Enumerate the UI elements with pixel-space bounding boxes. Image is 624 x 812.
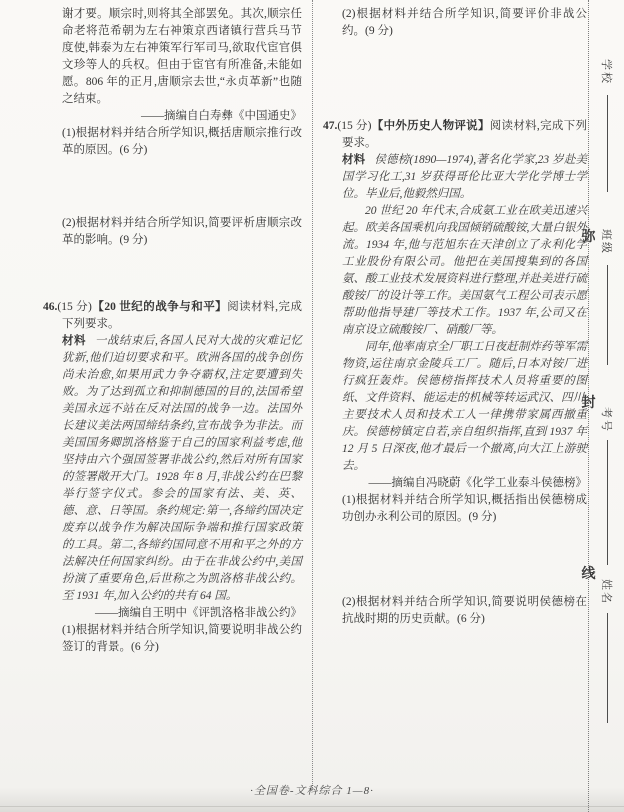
q45-material-continuation: 谢才要。顺宗时,则将其全部罢免。其次,顺宗任命老将范希朝为左右神策京西诸镇行营兵…	[62, 6, 302, 108]
school-fill-line	[607, 95, 608, 192]
q45-source-citation: ——摘编自白寿彝《中国通史》	[62, 108, 302, 125]
q45-subquestion-1: (1)根据材料并结合所学知识,概括唐顺宗推行改革的原因。(6 分)	[62, 125, 302, 159]
class-fill-line	[607, 265, 608, 365]
margin-label-name: 姓名	[601, 576, 615, 608]
q46-material-text: 一战结束后,各国人民对大战的灾难记忆犹新,他们迫切要求和平。欧洲各国的战争创伤尚…	[62, 335, 302, 602]
q47-material-paragraph-1: 材料侯德榜(1890—1974),著名化学家,23 岁赴美国学习化工,31 岁获…	[342, 152, 587, 203]
q47-score: (15 分)	[337, 120, 371, 132]
seal-char-xian: 线	[580, 563, 597, 583]
right-column: (2)根据材料并结合所学知识,简要评价非战公约。(9 分) 47.(15 分)【…	[342, 6, 587, 628]
q47-subquestion-2: (2)根据材料并结合所学知识,简要说明侯德榜在抗战时期的历史贡献。(6 分)	[342, 594, 587, 628]
q46-subquestion-1: (1)根据材料并结合所学知识,简要说明非战公约签订的背景。(6 分)	[62, 622, 302, 656]
q47-source-citation: ——摘编自冯晓蔚《化学工业泰斗侯德榜》	[342, 475, 587, 492]
exam-number-fill-line	[607, 440, 608, 565]
q47-heading: 47.(15 分)【中外历史人物评说】阅读材料,完成下列要求。	[342, 118, 587, 152]
margin-label-exam-number: 考号	[601, 404, 615, 436]
q47-material-paragraph-3: 同年,他率南京全厂职工日夜赶制炸药等军需物资,运往南京金陵兵工厂。随后,日本对铵…	[342, 339, 587, 475]
column-divider-line	[312, 0, 313, 790]
q47-subquestion-1: (1)根据材料并结合所学知识,概括指出侯德榜成功创办永利公司的原因。(9 分)	[342, 492, 587, 526]
q47-material-text-1: 侯德榜(1890—1974),著名化学家,23 岁赴美国学习化工,31 岁获得哥…	[342, 154, 587, 200]
q47-topic-title: 【中外历史人物评说】	[372, 120, 490, 132]
q47-number: 47.	[323, 120, 337, 132]
q46-material: 材料一战结束后,各国人民对大战的灾难记忆犹新,他们迫切要求和平。欧洲各国的战争创…	[62, 333, 302, 605]
exam-page: 谢才要。顺宗时,则将其全部罢免。其次,顺宗任命老将范希朝为左右神策京西诸镇行营兵…	[0, 0, 624, 812]
left-column: 谢才要。顺宗时,则将其全部罢免。其次,顺宗任命老将范希朝为左右神策京西诸镇行营兵…	[62, 6, 302, 656]
seal-char-feng: 封	[580, 392, 597, 412]
name-fill-line	[607, 613, 608, 723]
page-bottom-edge	[0, 806, 624, 807]
margin-label-school: 学校	[601, 56, 615, 88]
answer-space	[342, 526, 587, 594]
material-label: 材料	[342, 154, 365, 166]
answer-space	[342, 40, 587, 118]
page-footer: ·全国卷-文科综合 1—8·	[0, 782, 624, 798]
material-label: 材料	[62, 335, 86, 347]
q46-number: 46.	[43, 301, 57, 313]
seal-char-mi: 弥	[580, 226, 597, 246]
q45-subquestion-2: (2)根据材料并结合所学知识,简要评析唐顺宗改革的影响。(9 分)	[62, 215, 302, 249]
q46-subquestion-2: (2)根据材料并结合所学知识,简要评价非战公约。(9 分)	[342, 6, 587, 40]
q46-score: (15 分)	[57, 301, 92, 313]
q46-heading: 46.(15 分)【20 世纪的战争与和平】阅读材料,完成下列要求。	[62, 299, 302, 333]
answer-space	[62, 159, 302, 215]
q47-material-paragraph-2: 20 世纪 20 年代末,合成氨工业在欧美迅速兴起。欧美各国乘机向我国倾销硫酸铵…	[342, 203, 587, 339]
q46-source-citation: ——摘编自王明中《评凯洛格非战公约》	[62, 605, 302, 622]
q46-topic-title: 【20 世纪的战争与和平】	[92, 301, 227, 313]
answer-space	[62, 249, 302, 299]
margin-label-class: 班级	[601, 226, 615, 258]
